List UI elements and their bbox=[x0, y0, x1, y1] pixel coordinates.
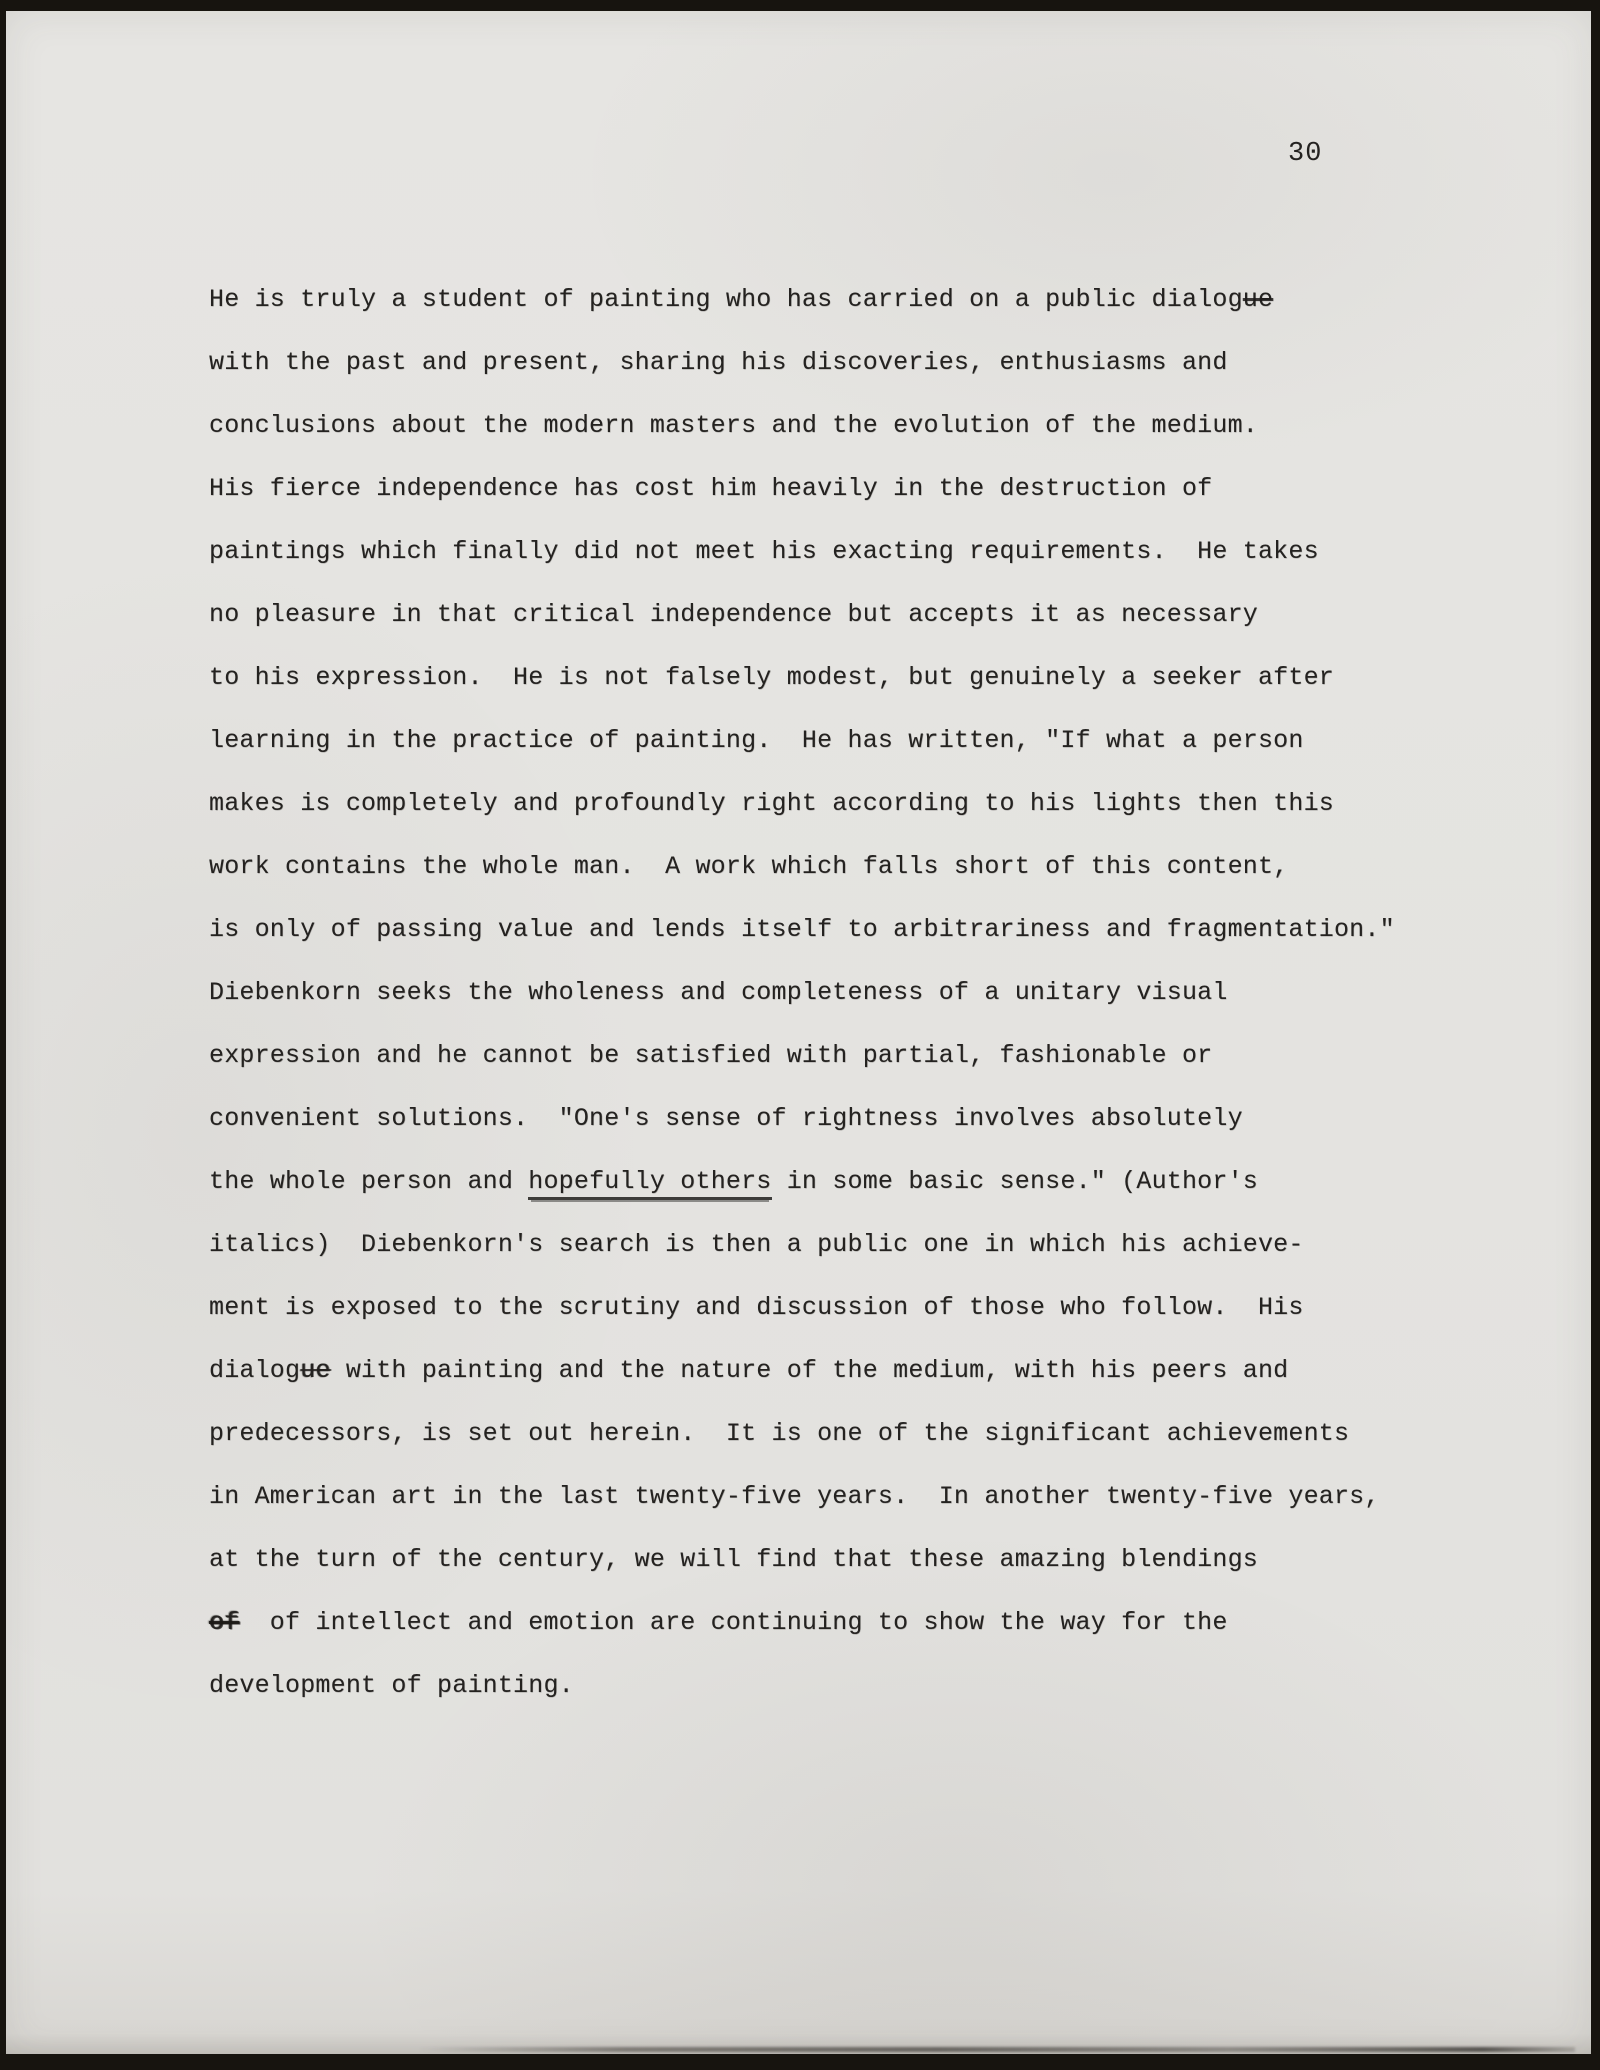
text-line: dialogue with painting and the nature of… bbox=[209, 1339, 1499, 1402]
text-segment-overtype: ue bbox=[300, 1356, 330, 1385]
text-segment: He is truly a student of painting who ha… bbox=[209, 285, 1243, 314]
text-line: is only of passing value and lends itsel… bbox=[209, 898, 1499, 961]
text-segment-underline: hopefully others bbox=[528, 1167, 771, 1200]
scan-smudge-artifact bbox=[418, 2047, 1575, 2052]
text-segment: italics) Diebenkorn's search is then a p… bbox=[209, 1230, 1304, 1259]
text-segment: with painting and the nature of the medi… bbox=[331, 1356, 1289, 1385]
scanned-page: 30 He is truly a student of painting who… bbox=[6, 11, 1591, 2054]
text-line: of of intellect and emotion are continui… bbox=[209, 1591, 1499, 1654]
text-segment: convenient solutions. "One's sense of ri… bbox=[209, 1104, 1243, 1133]
text-line: to his expression. He is not falsely mod… bbox=[209, 646, 1499, 709]
page-number: 30 bbox=[1288, 139, 1322, 169]
text-segment: with the past and present, sharing his d… bbox=[209, 348, 1228, 377]
text-segment: His fierce independence has cost him hea… bbox=[209, 474, 1212, 503]
text-segment: conclusions about the modern masters and… bbox=[209, 411, 1258, 440]
text-segment: expression and he cannot be satisfied wi… bbox=[209, 1041, 1212, 1070]
scanner-bed: { "page": { "number": "30", "colors": { … bbox=[0, 0, 1600, 2070]
text-line: at the turn of the century, we will find… bbox=[209, 1528, 1499, 1591]
text-line: predecessors, is set out herein. It is o… bbox=[209, 1402, 1499, 1465]
text-line: Diebenkorn seeks the wholeness and compl… bbox=[209, 961, 1499, 1024]
text-segment: paintings which finally did not meet his… bbox=[209, 537, 1319, 566]
text-segment: in some basic sense." (Author's bbox=[772, 1167, 1258, 1196]
text-segment: learning in the practice of painting. He… bbox=[209, 726, 1304, 755]
text-segment-strike: ue bbox=[1243, 285, 1273, 314]
text-segment: Diebenkorn seeks the wholeness and compl… bbox=[209, 978, 1228, 1007]
text-line: conclusions about the modern masters and… bbox=[209, 394, 1499, 457]
typed-lines: He is truly a student of painting who ha… bbox=[209, 268, 1499, 1717]
text-line: development of painting. bbox=[209, 1654, 1499, 1717]
text-segment: of intellect and emotion are continuing … bbox=[239, 1608, 1227, 1637]
text-line: He is truly a student of painting who ha… bbox=[209, 268, 1499, 331]
text-segment: development of painting. bbox=[209, 1671, 574, 1700]
text-line: learning in the practice of painting. He… bbox=[209, 709, 1499, 772]
text-segment: to his expression. He is not falsely mod… bbox=[209, 663, 1334, 692]
text-segment: ment is exposed to the scrutiny and disc… bbox=[209, 1293, 1304, 1322]
text-segment: dialog bbox=[209, 1356, 300, 1385]
text-line: convenient solutions. "One's sense of ri… bbox=[209, 1087, 1499, 1150]
text-segment: work contains the whole man. A work whic… bbox=[209, 852, 1288, 881]
text-segment: at the turn of the century, we will find… bbox=[209, 1545, 1258, 1574]
text-line: ment is exposed to the scrutiny and disc… bbox=[209, 1276, 1499, 1339]
text-segment: predecessors, is set out herein. It is o… bbox=[209, 1419, 1349, 1448]
text-line: no pleasure in that critical independenc… bbox=[209, 583, 1499, 646]
text-line: work contains the whole man. A work whic… bbox=[209, 835, 1499, 898]
text-segment: makes is completely and profoundly right… bbox=[209, 789, 1334, 818]
text-line: the whole person and hopefully others in… bbox=[209, 1150, 1499, 1213]
text-line: His fierce independence has cost him hea… bbox=[209, 457, 1499, 520]
text-segment: is only of passing value and lends itsel… bbox=[209, 915, 1395, 944]
text-line: with the past and present, sharing his d… bbox=[209, 331, 1499, 394]
text-line: paintings which finally did not meet his… bbox=[209, 520, 1499, 583]
text-segment: the whole person and bbox=[209, 1167, 528, 1196]
text-segment-struckout: of bbox=[209, 1608, 239, 1637]
text-segment: no pleasure in that critical independenc… bbox=[209, 600, 1258, 629]
text-line: italics) Diebenkorn's search is then a p… bbox=[209, 1213, 1499, 1276]
text-line: expression and he cannot be satisfied wi… bbox=[209, 1024, 1499, 1087]
text-line: in American art in the last twenty-five … bbox=[209, 1465, 1499, 1528]
text-segment: in American art in the last twenty-five … bbox=[209, 1482, 1380, 1511]
text-line: makes is completely and profoundly right… bbox=[209, 772, 1499, 835]
